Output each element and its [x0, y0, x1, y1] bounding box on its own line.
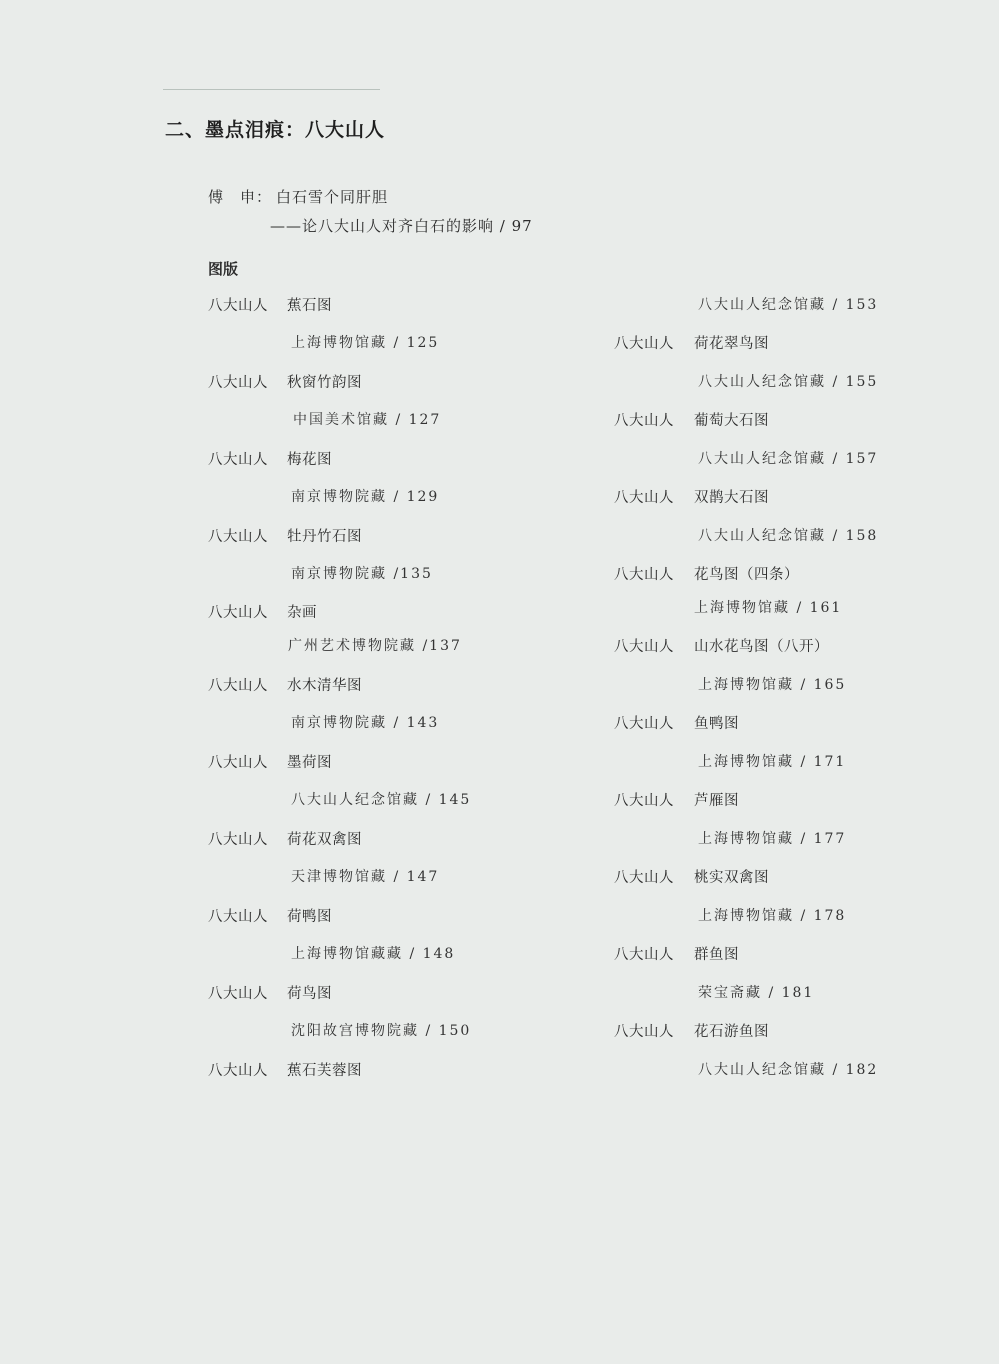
plate-author: 八大山人 [614, 635, 674, 656]
plate-title: 鱼鸭图 [694, 712, 739, 733]
plate-collection: 八大山人纪念馆藏 / 182 [698, 1059, 878, 1079]
plate-collection: 沈阳故宫博物院藏 / 150 [291, 1020, 471, 1040]
plate-author: 八大山人 [614, 332, 674, 353]
plate-author: 八大山人 [614, 866, 674, 887]
plate-collection: 上海博物馆藏 / 177 [698, 828, 846, 848]
plate-collection: 上海博物馆藏 / 165 [698, 674, 846, 694]
plate-collection: 中国美术馆藏 / 127 [293, 409, 441, 429]
plate-collection-continued: 八大山人纪念馆藏 / 153 [698, 294, 878, 314]
plate-title: 葡萄大石图 [694, 409, 769, 430]
plate-title: 秋窗竹韵图 [287, 371, 362, 392]
plate-author: 八大山人 [208, 828, 268, 849]
plate-collection: 八大山人纪念馆藏 / 157 [698, 448, 878, 468]
plate-author: 八大山人 [208, 905, 268, 926]
plate-author: 八大山人 [614, 486, 674, 507]
essay-colon: ： [256, 188, 272, 206]
essay-author-name: 傅 申 [208, 188, 256, 206]
essay-title: 白石雪个同肝胆 [276, 186, 388, 207]
plate-collection: 南京博物院藏 /135 [291, 563, 433, 583]
plate-author: 八大山人 [208, 982, 268, 1003]
plate-title: 桃实双禽图 [694, 866, 769, 887]
plate-author: 八大山人 [208, 1059, 268, 1080]
essay-author: 傅 申： [208, 186, 272, 207]
plate-collection: 上海博物馆藏 / 178 [698, 905, 846, 925]
plate-title: 墨荷图 [287, 751, 332, 772]
plate-collection: 八大山人纪念馆藏 / 145 [291, 789, 471, 809]
plate-title: 牡丹竹石图 [287, 525, 362, 546]
top-rule [163, 89, 380, 90]
plate-collection: 上海博物馆藏 / 161 [694, 597, 842, 617]
plate-collection: 上海博物馆藏 / 125 [291, 332, 439, 352]
plate-author: 八大山人 [614, 563, 674, 584]
plate-author: 八大山人 [208, 448, 268, 469]
plate-collection: 荣宝斋藏 / 181 [698, 982, 814, 1002]
plate-title: 群鱼图 [694, 943, 739, 964]
plate-author: 八大山人 [614, 943, 674, 964]
plate-title: 花鸟图（四条） [694, 563, 799, 584]
plate-author: 八大山人 [614, 789, 674, 810]
plate-author: 八大山人 [208, 751, 268, 772]
plate-collection: 上海博物馆藏藏 / 148 [291, 943, 455, 963]
plate-title: 山水花鸟图（八开） [694, 635, 829, 656]
plate-collection: 南京博物院藏 / 129 [291, 486, 439, 506]
plate-title: 双鹊大石图 [694, 486, 769, 507]
plate-title: 蕉石芙蓉图 [287, 1059, 362, 1080]
plate-title: 荷鸭图 [287, 905, 332, 926]
plate-collection: 八大山人纪念馆藏 / 158 [698, 525, 878, 545]
plate-author: 八大山人 [614, 409, 674, 430]
plate-author: 八大山人 [208, 601, 268, 622]
plate-collection: 南京博物院藏 / 143 [291, 712, 439, 732]
plate-collection: 天津博物馆藏 / 147 [291, 866, 439, 886]
plate-title: 杂画 [287, 601, 317, 622]
plate-title: 水木清华图 [287, 674, 362, 695]
plate-collection: 广州艺术博物院藏 /137 [288, 635, 462, 655]
plate-title: 芦雁图 [694, 789, 739, 810]
plate-author: 八大山人 [208, 674, 268, 695]
plate-title: 荷花翠鸟图 [694, 332, 769, 353]
plate-author: 八大山人 [208, 525, 268, 546]
plates-heading: 图版 [208, 258, 238, 279]
plate-author: 八大山人 [614, 712, 674, 733]
plate-collection: 上海博物馆藏 / 171 [698, 751, 846, 771]
essay-subtitle: ——论八大山人对齐白石的影响 / 97 [270, 215, 533, 236]
plate-collection: 八大山人纪念馆藏 / 155 [698, 371, 878, 391]
plate-author: 八大山人 [208, 371, 268, 392]
plate-title: 蕉石图 [287, 294, 332, 315]
plate-title: 花石游鱼图 [694, 1020, 769, 1041]
plate-title: 荷鸟图 [287, 982, 332, 1003]
section-title: 二、墨点泪痕：八大山人 [165, 115, 385, 142]
plate-title: 荷花双禽图 [287, 828, 362, 849]
plate-author: 八大山人 [614, 1020, 674, 1041]
plate-title: 梅花图 [287, 448, 332, 469]
plate-author: 八大山人 [208, 294, 268, 315]
